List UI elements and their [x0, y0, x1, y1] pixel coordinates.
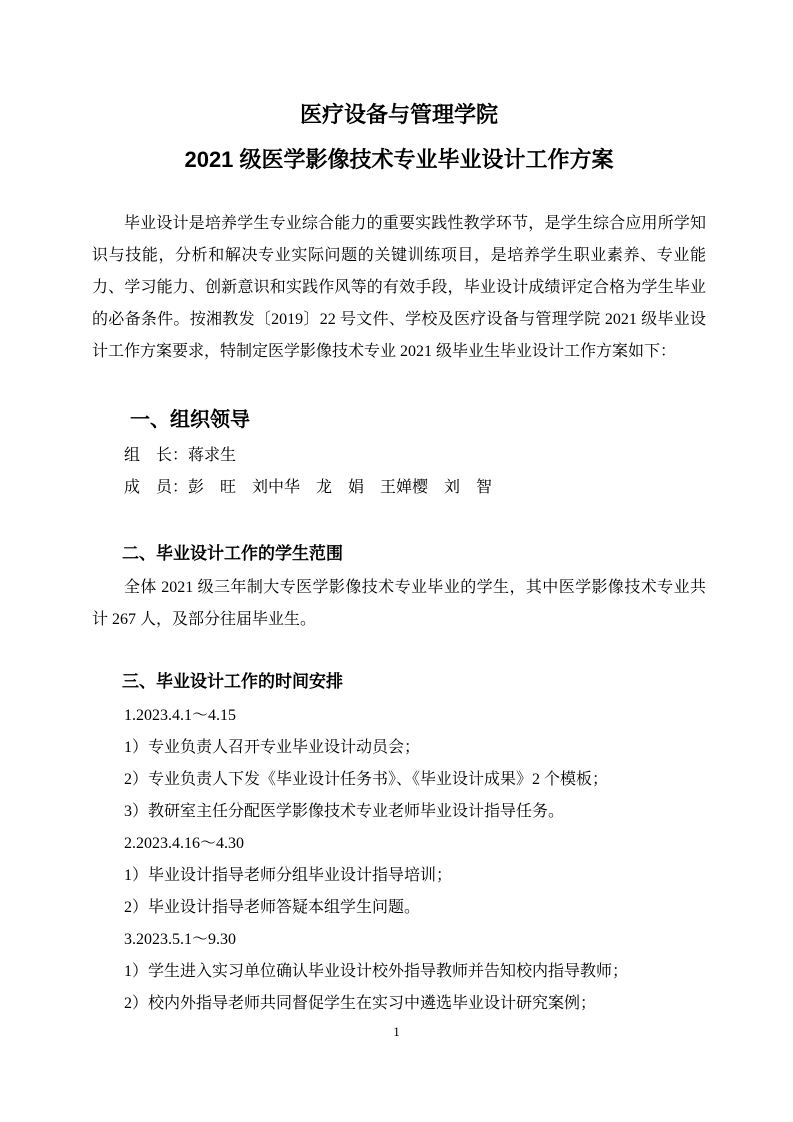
schedule-item: 1）学生进入实习单位确认毕业设计校外指导教师并告知校内指导教师； — [92, 956, 706, 988]
section-heading-organization: 一、组织领导 — [92, 400, 706, 440]
section-heading-student-scope: 二、毕业设计工作的学生范围 — [92, 536, 706, 572]
schedule-item: 1）毕业设计指导老师分组毕业设计指导培训； — [92, 860, 706, 892]
page-subtitle: 2021 级医学影像技术专业毕业设计工作方案 — [92, 137, 706, 182]
schedule-item: 1.2023.4.1～4.15 — [92, 700, 706, 732]
schedule-item: 2.2023.4.16～4.30 — [92, 828, 706, 860]
group-members-line: 成 员：彭 旺 刘中华 龙 娟 王婵樱 刘 智 — [92, 472, 706, 504]
group-leader-line: 组 长：蒋求生 — [92, 440, 706, 472]
page-number: 1 — [0, 1024, 793, 1040]
document-page: 医疗设备与管理学院 2021 级医学影像技术专业毕业设计工作方案 毕业设计是培养… — [0, 0, 793, 1122]
schedule-item: 2）校内外指导老师共同督促学生在实习中遴选毕业设计研究案例； — [92, 988, 706, 1020]
document-content: 医疗设备与管理学院 2021 级医学影像技术专业毕业设计工作方案 毕业设计是培养… — [92, 0, 706, 1020]
page-title: 医疗设备与管理学院 — [92, 92, 706, 137]
schedule-item: 2）专业负责人下发《毕业设计任务书》、《毕业设计成果》2 个模板； — [92, 764, 706, 796]
schedule-item: 2）毕业设计指导老师答疑本组学生问题。 — [92, 892, 706, 924]
schedule-item: 3.2023.5.1～9.30 — [92, 924, 706, 956]
schedule-list: 1.2023.4.1～4.15 1）专业负责人召开专业毕业设计动员会； 2）专业… — [92, 700, 706, 1020]
student-scope-paragraph: 全体 2021 级三年制大专医学影像技术专业毕业的学生，其中医学影像技术专业共计… — [92, 572, 706, 636]
intro-paragraph: 毕业设计是培养学生专业综合能力的重要实践性教学环节，是学生综合应用所学知识与技能… — [92, 208, 706, 368]
section-heading-schedule: 三、毕业设计工作的时间安排 — [92, 664, 706, 700]
schedule-item: 1）专业负责人召开专业毕业设计动员会； — [92, 732, 706, 764]
schedule-item: 3）教研室主任分配医学影像技术专业老师毕业设计指导任务。 — [92, 796, 706, 828]
